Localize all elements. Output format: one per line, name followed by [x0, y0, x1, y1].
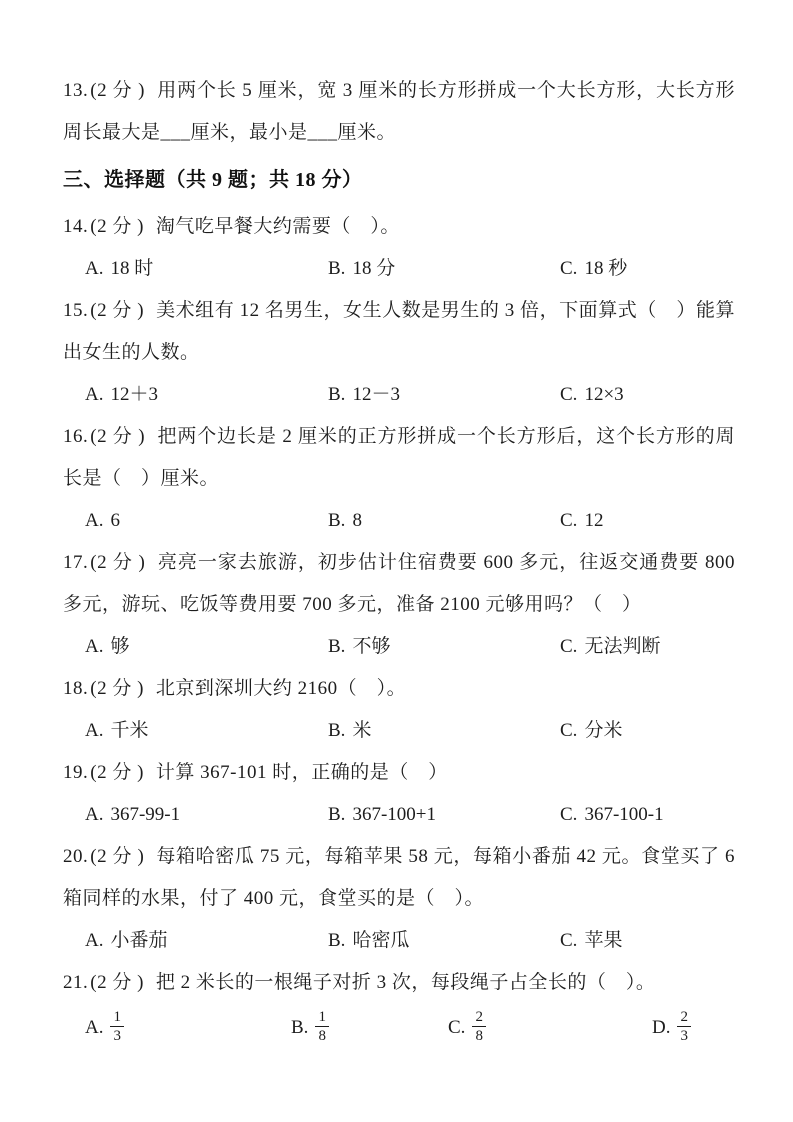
- fraction-value: 28: [472, 1008, 486, 1045]
- options-row: A.18 时B.18 分C.18 秒: [85, 248, 735, 290]
- option-label: B.: [328, 930, 345, 951]
- option-label: B.: [328, 720, 345, 741]
- question-text: 15.(2 分 )美术组有 12 名男生，女生人数是男生的 3 倍，下面算式（ …: [63, 290, 735, 374]
- fraction-value: 18: [315, 1008, 329, 1045]
- option-text: 无法判断: [584, 636, 660, 657]
- question-points: (2 分 ): [90, 678, 144, 699]
- question-number: 17.: [63, 552, 88, 573]
- question-17: 17.(2 分 )亮亮一家去旅游，初步估计住宿费要 600 多元，往返交通费要 …: [63, 542, 735, 668]
- option-A: A.12＋3: [85, 374, 328, 416]
- option-B: B.哈密瓜: [328, 920, 560, 962]
- question-text: 21.(2 分 )把 2 米长的一根绳子对折 3 次，每段绳子占全长的（ ）。: [63, 962, 735, 1004]
- option-C: C.12×3: [560, 374, 735, 416]
- option-label: C.: [560, 384, 577, 405]
- fraction-numerator: 2: [472, 1008, 486, 1027]
- question-number: 15.: [63, 300, 88, 321]
- option-label: C.: [560, 930, 577, 951]
- option-label: A.: [85, 804, 103, 825]
- option-A: A.小番茄: [85, 920, 328, 962]
- option-label: A.: [85, 636, 103, 657]
- option-label: B.: [328, 804, 345, 825]
- option-text: 哈密瓜: [352, 930, 409, 951]
- option-text: 12×3: [584, 384, 623, 405]
- option-text: 12＋3: [110, 384, 158, 405]
- question-number: 14.: [63, 216, 88, 237]
- option-label: B.: [328, 510, 345, 531]
- option-label: D.: [652, 1017, 670, 1038]
- question-number: 18.: [63, 678, 88, 699]
- question-16: 16.(2 分 )把两个边长是 2 厘米的正方形拼成一个长方形后，这个长方形的周…: [63, 416, 735, 542]
- option-B: B.18 分: [328, 248, 560, 290]
- option-C: C.分米: [560, 710, 735, 752]
- question-points: (2 分 ): [90, 972, 144, 993]
- option-text: 6: [110, 510, 120, 531]
- question-21: 21.(2 分 )把 2 米长的一根绳子对折 3 次，每段绳子占全长的（ ）。A…: [63, 962, 735, 1054]
- question-body: 每箱哈密瓜 75 元，每箱苹果 58 元，每箱小番茄 42 元。食堂买了 6 箱…: [63, 846, 735, 909]
- option-C: C.18 秒: [560, 248, 735, 290]
- option-A: A.够: [85, 626, 328, 668]
- option-C: C.367-100-1: [560, 794, 735, 836]
- option-A: A.6: [85, 500, 328, 542]
- fraction-numerator: 2: [677, 1008, 691, 1027]
- options-row: A.千米B.米C.分米: [85, 710, 735, 752]
- option-label: C.: [560, 720, 577, 741]
- option-label: C.: [560, 510, 577, 531]
- option-A: A.13: [85, 1007, 291, 1049]
- question-body: 把两个边长是 2 厘米的正方形拼成一个长方形后，这个长方形的周长是（ ）厘米。: [63, 426, 735, 489]
- option-label: C.: [560, 636, 577, 657]
- exam-page: 13.(2 分 )用两个长 5 厘米，宽 3 厘米的长方形拼成一个大长方形，大长…: [0, 0, 793, 1054]
- option-text: 12: [584, 510, 603, 531]
- option-text: 分米: [584, 720, 622, 741]
- question-text: 18.(2 分 )北京到深圳大约 2160（ ）。: [63, 668, 735, 710]
- question-number: 16.: [63, 426, 88, 447]
- question-body: 把 2 米长的一根绳子对折 3 次，每段绳子占全长的（ ）。: [156, 972, 656, 993]
- option-text: 8: [352, 510, 362, 531]
- question-text: 20.(2 分 )每箱哈密瓜 75 元，每箱苹果 58 元，每箱小番茄 42 元…: [63, 836, 735, 920]
- question-number: 20.: [63, 846, 88, 867]
- question-points: (2 分 ): [90, 762, 144, 783]
- option-B: B.不够: [328, 626, 560, 668]
- option-label: C.: [560, 258, 577, 279]
- fraction-numerator: 1: [110, 1008, 124, 1027]
- option-B: B.367-100+1: [328, 794, 560, 836]
- option-A: A.千米: [85, 710, 328, 752]
- option-label: A.: [85, 720, 103, 741]
- option-label: C.: [560, 804, 577, 825]
- option-A: A.367-99-1: [85, 794, 328, 836]
- option-B: B.12－3: [328, 374, 560, 416]
- option-text: 18 秒: [584, 258, 627, 279]
- question-number: 19.: [63, 762, 88, 783]
- question-points: (2 分 ): [90, 552, 145, 573]
- option-text: 18 时: [110, 258, 153, 279]
- option-label: B.: [291, 1017, 308, 1038]
- choice-question-list: 14.(2 分 )淘气吃早餐大约需要（ ）。A.18 时B.18 分C.18 秒…: [63, 206, 735, 1054]
- option-text: 小番茄: [110, 930, 167, 951]
- question-19: 19.(2 分 )计算 367-101 时，正确的是（ ）A.367-99-1B…: [63, 752, 735, 836]
- option-label: A.: [85, 930, 103, 951]
- question-18: 18.(2 分 )北京到深圳大约 2160（ ）。A.千米B.米C.分米: [63, 668, 735, 752]
- fraction-denominator: 3: [677, 1027, 691, 1045]
- question-text: 17.(2 分 )亮亮一家去旅游，初步估计住宿费要 600 多元，往返交通费要 …: [63, 542, 735, 626]
- question-20: 20.(2 分 )每箱哈密瓜 75 元，每箱苹果 58 元，每箱小番茄 42 元…: [63, 836, 735, 962]
- options-row: A.367-99-1B.367-100+1C.367-100-1: [85, 794, 735, 836]
- option-label: C.: [448, 1017, 465, 1038]
- option-text: 千米: [110, 720, 148, 741]
- option-text: 米: [352, 720, 371, 741]
- option-label: A.: [85, 1017, 103, 1038]
- option-B: B.米: [328, 710, 560, 752]
- option-text: 367-100-1: [584, 804, 663, 825]
- option-C: C.无法判断: [560, 626, 735, 668]
- question-text: 16.(2 分 )把两个边长是 2 厘米的正方形拼成一个长方形后，这个长方形的周…: [63, 416, 735, 500]
- option-text: 苹果: [584, 930, 622, 951]
- fraction-numerator: 1: [315, 1008, 329, 1027]
- question-13: 13.(2 分 )用两个长 5 厘米，宽 3 厘米的长方形拼成一个大长方形，大长…: [63, 70, 735, 154]
- question-points: (2 分 ): [90, 216, 144, 237]
- option-D: D.23: [652, 1007, 735, 1049]
- question-points: (2 分 ): [90, 426, 145, 447]
- option-text: 12－3: [352, 384, 400, 405]
- question-number: 21.: [63, 972, 88, 993]
- question-body: 北京到深圳大约 2160（ ）。: [156, 678, 406, 699]
- option-text: 18 分: [352, 258, 395, 279]
- option-label: A.: [85, 384, 103, 405]
- option-text: 367-99-1: [110, 804, 180, 825]
- options-row: A.13B.18C.28D.23: [85, 1004, 735, 1054]
- option-text: 够: [110, 636, 129, 657]
- question-number: 13.: [63, 80, 88, 101]
- option-B: B.18: [291, 1007, 448, 1049]
- question-points: (2 分 ): [90, 846, 144, 867]
- options-row: A.够B.不够C.无法判断: [85, 626, 735, 668]
- question-body: 淘气吃早餐大约需要（ ）。: [156, 216, 400, 237]
- question-points: (2 分 ): [90, 300, 144, 321]
- fraction-denominator: 8: [472, 1027, 486, 1045]
- fraction-value: 23: [677, 1008, 691, 1045]
- option-text: 不够: [352, 636, 390, 657]
- question-text: 19.(2 分 )计算 367-101 时，正确的是（ ）: [63, 752, 735, 794]
- option-C: C.苹果: [560, 920, 735, 962]
- question-body: 用两个长 5 厘米，宽 3 厘米的长方形拼成一个大长方形，大长方形周长最大是__…: [63, 80, 735, 143]
- question-points: (2 分 ): [90, 80, 145, 101]
- option-C: C.12: [560, 500, 735, 542]
- section-heading: 三、选择题（共 9 题；共 18 分）: [63, 159, 735, 201]
- fraction-denominator: 8: [315, 1027, 329, 1045]
- options-row: A.6B.8C.12: [85, 500, 735, 542]
- option-C: C.28: [448, 1007, 652, 1049]
- option-B: B.8: [328, 500, 560, 542]
- fraction-value: 13: [110, 1008, 124, 1045]
- option-label: A.: [85, 258, 103, 279]
- question-body: 计算 367-101 时，正确的是（ ）: [156, 762, 448, 783]
- options-row: A.小番茄B.哈密瓜C.苹果: [85, 920, 735, 962]
- options-row: A.12＋3B.12－3C.12×3: [85, 374, 735, 416]
- option-label: B.: [328, 384, 345, 405]
- option-A: A.18 时: [85, 248, 328, 290]
- fraction-denominator: 3: [110, 1027, 124, 1045]
- option-text: 367-100+1: [352, 804, 436, 825]
- question-text: 14.(2 分 )淘气吃早餐大约需要（ ）。: [63, 206, 735, 248]
- option-label: B.: [328, 636, 345, 657]
- question-body: 美术组有 12 名男生，女生人数是男生的 3 倍，下面算式（ ）能算出女生的人数…: [63, 300, 735, 363]
- question-14: 14.(2 分 )淘气吃早餐大约需要（ ）。A.18 时B.18 分C.18 秒: [63, 206, 735, 290]
- option-label: A.: [85, 510, 103, 531]
- question-body: 亮亮一家去旅游，初步估计住宿费要 600 多元，往返交通费要 800 多元，游玩…: [63, 552, 735, 615]
- question-15: 15.(2 分 )美术组有 12 名男生，女生人数是男生的 3 倍，下面算式（ …: [63, 290, 735, 416]
- option-label: B.: [328, 258, 345, 279]
